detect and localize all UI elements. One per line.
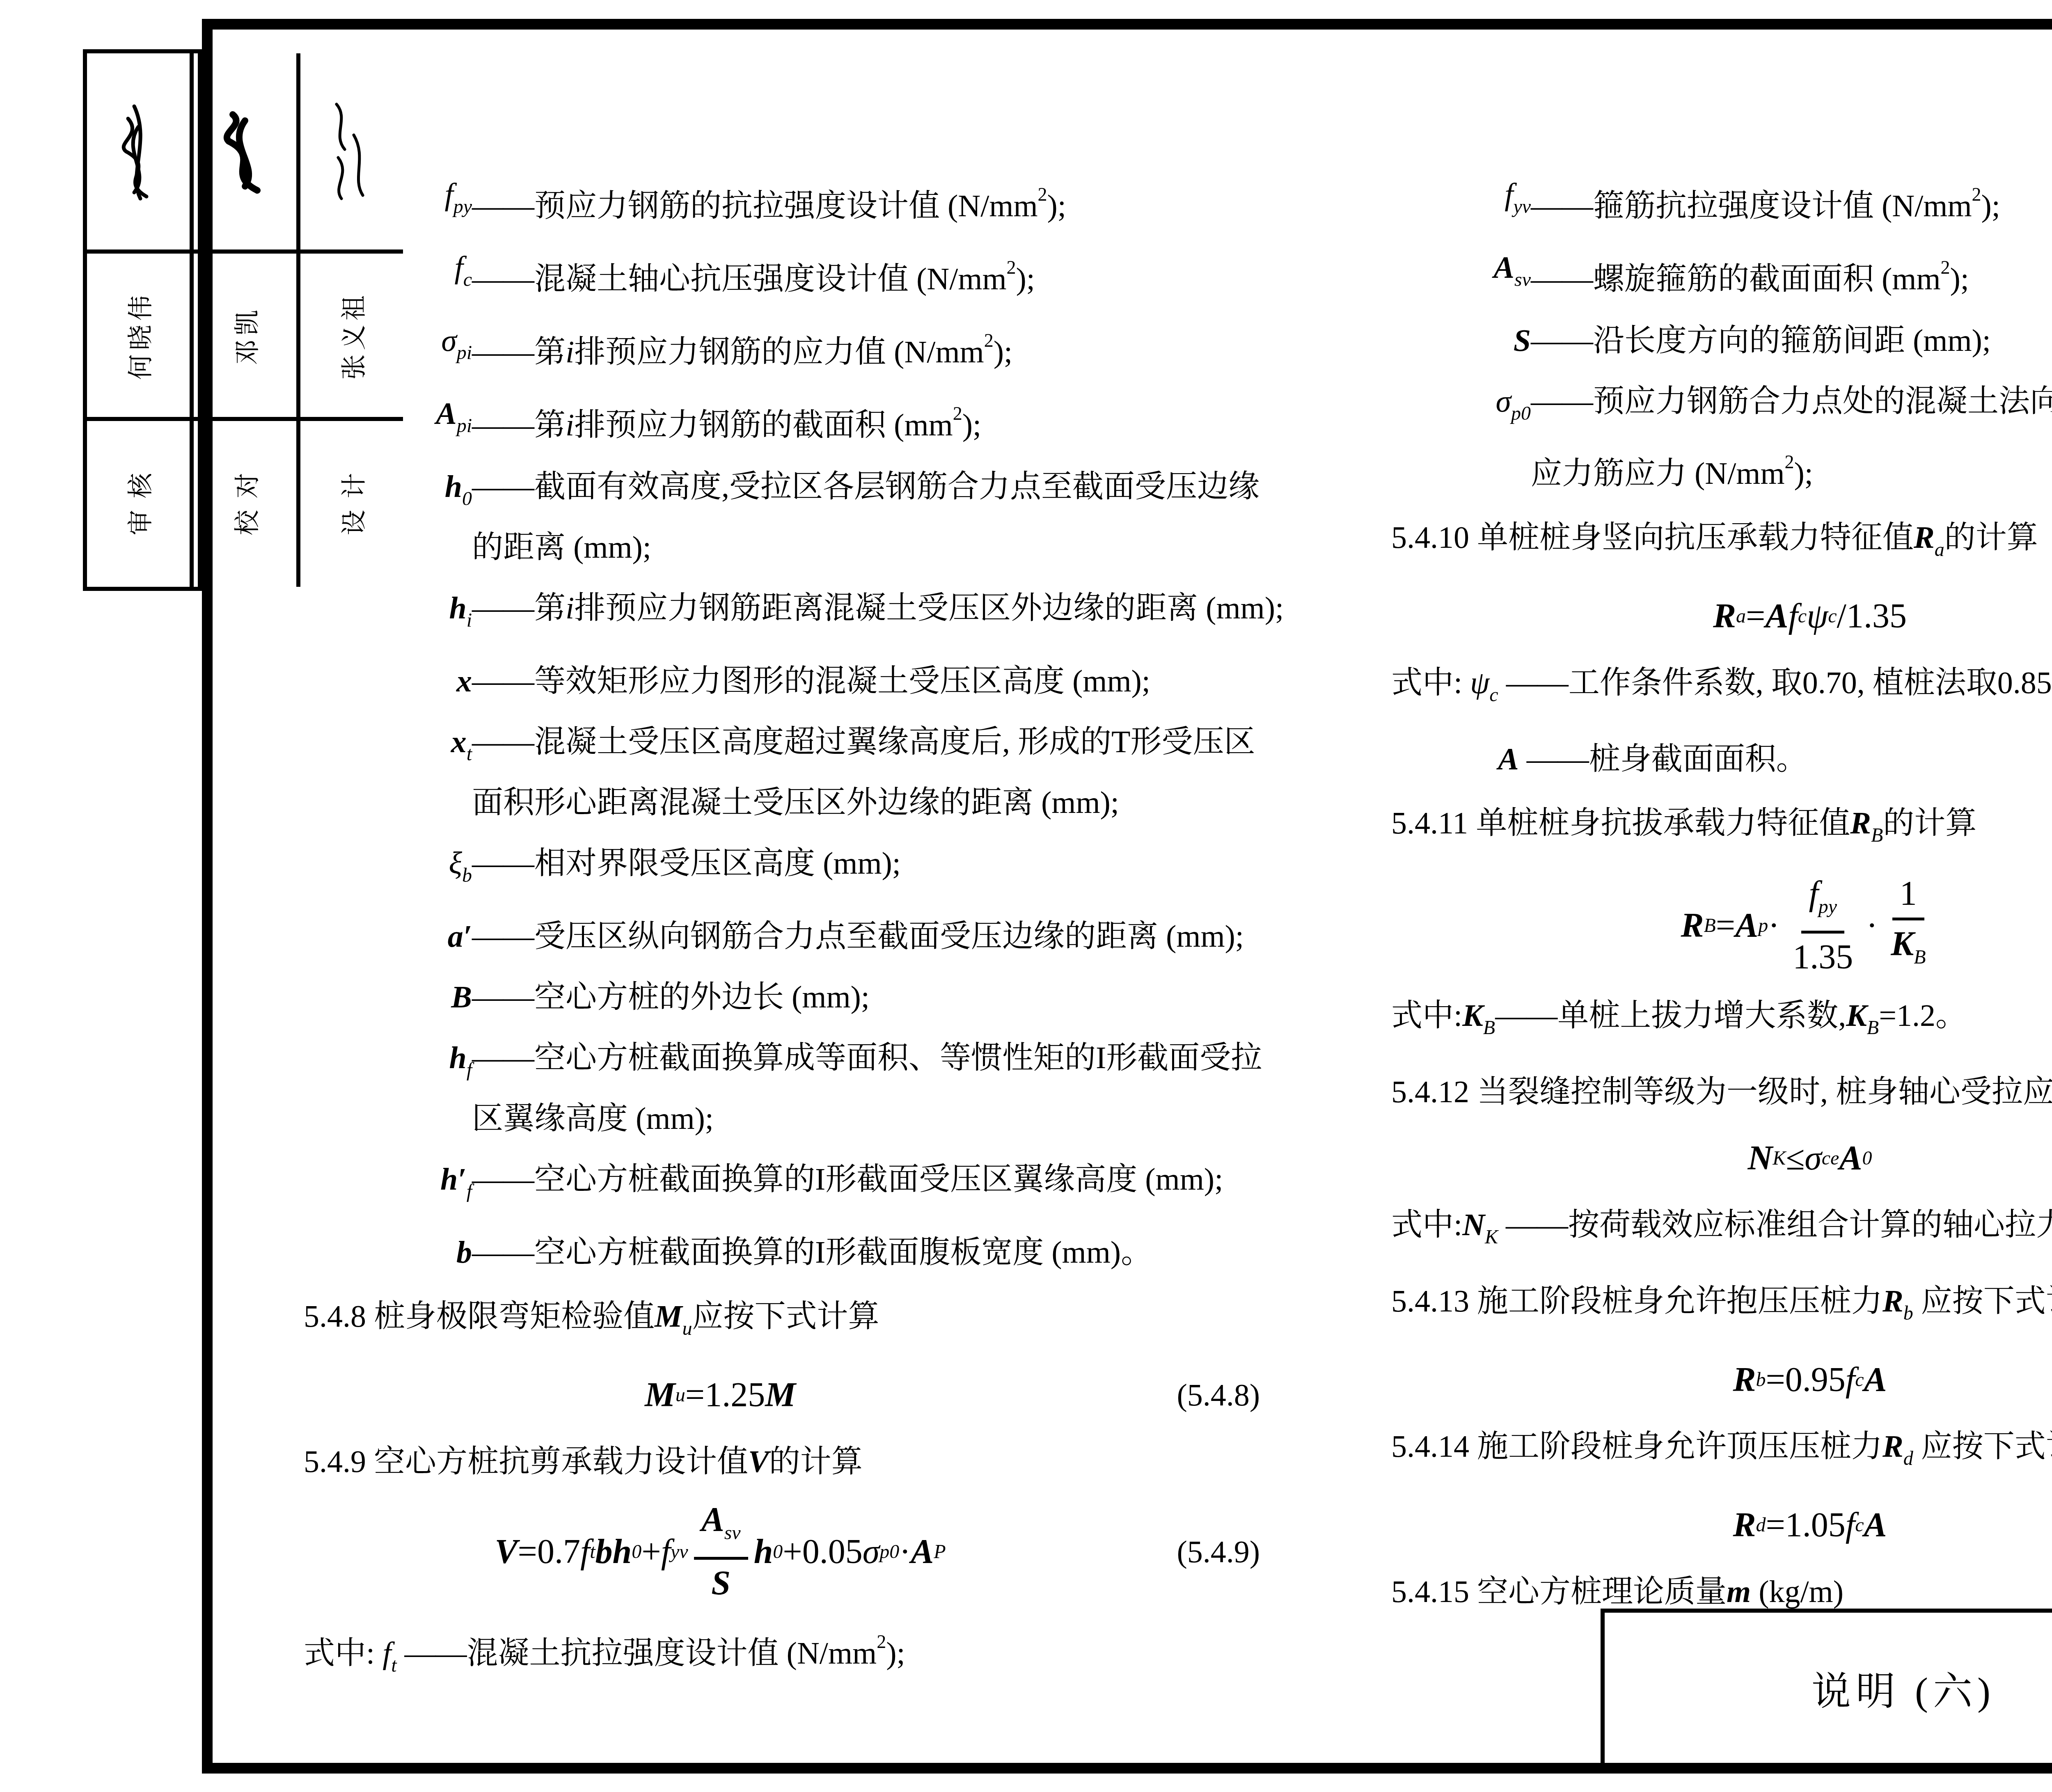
- signer-name: 何晓伟: [120, 291, 156, 380]
- text-run: ——预应力钢筋合力点处的混凝土法向压应力等于零时的预: [1531, 384, 2052, 419]
- text-run: 空心方桩抗剪承载力设计值: [374, 1444, 748, 1479]
- text-run: M: [645, 1365, 676, 1426]
- text-run: 2: [984, 330, 994, 351]
- role-label: 审核: [120, 461, 156, 547]
- definition-text: ——空心方桩的外边长 (mm);: [472, 967, 1317, 1028]
- symbol-definition: S——沿长度方向的箍筋间距 (mm);: [1391, 310, 2052, 371]
- text-run: ——相对界限受压区高度 (mm);: [472, 846, 901, 881]
- text-run: 式中:: [1391, 998, 1462, 1033]
- text-run: );: [1981, 189, 2000, 223]
- symbol-definition: x——等效矩形应力图形的混凝土受压区高度 (mm);: [304, 651, 1317, 712]
- text-run: 的计算: [769, 1444, 863, 1479]
- symbol: fpy: [349, 164, 472, 237]
- text-line: 式中: ft ——混凝土抗拉强度设计值 (N/mm2);: [304, 1611, 1317, 1696]
- text-run: x: [456, 664, 472, 698]
- text-run: ——第: [472, 591, 566, 625]
- text-run: =1.05: [1766, 1495, 1845, 1556]
- text-run: (kg/m): [1751, 1575, 1844, 1609]
- symbol: xt: [349, 712, 472, 785]
- symbol-definition: B——空心方桩的外边长 (mm);: [304, 967, 1317, 1028]
- text-run: 应按下式计算: [1913, 1284, 2052, 1318]
- text-run: 当裂缝控制等级为一级时, 桩身轴心受拉应符合下列规定:: [1477, 1075, 2052, 1109]
- text-run: 排预应力钢筋距离混凝土受压区外边缘的距离 (mm);: [574, 591, 1284, 625]
- text-run: a: [1935, 539, 1944, 561]
- text-run: ce: [1822, 1128, 1839, 1189]
- text-run: ·: [1768, 895, 1779, 956]
- sheet-title-cell: 说明 (六): [1605, 1613, 2052, 1763]
- symbol: σp0: [1412, 371, 1531, 444]
- text-run: 施工阶段桩身允许抱压压桩力: [1477, 1284, 1883, 1318]
- text-run: b: [1903, 1302, 1913, 1324]
- formula: Rd=1.05fcA(5.4.14): [1391, 1495, 2052, 1556]
- symbol-definition: b——空心方桩截面换算的I形截面腹板宽度 (mm)。: [304, 1222, 1317, 1283]
- text-run: h: [449, 591, 466, 625]
- text-run: 的计算: [1883, 806, 1976, 840]
- text-run: S: [1514, 323, 1531, 358]
- text-run: B: [1914, 946, 1926, 968]
- signature-cell: [87, 53, 190, 249]
- text-run: R: [1713, 586, 1736, 647]
- text-run: 2: [877, 1631, 886, 1652]
- text-run: 0: [773, 1522, 783, 1582]
- symbol: hf: [349, 1028, 472, 1101]
- section-heading: 5.4.13 施工阶段桩身允许抱压压桩力Rb 应按下式计算: [1391, 1271, 2052, 1344]
- text-run: ψ: [1470, 666, 1489, 700]
- definition-text: ——空心方桩截面换算成等面积、等惯性矩的I形截面受拉区翼缘高度 (mm);: [472, 1028, 1317, 1149]
- formula-body: Ra=Afcψc/1.35: [1441, 586, 2052, 647]
- text-run: ——工作条件系数, 取0.70, 植桩法取0.85;: [1498, 666, 2052, 700]
- text-run: sv: [724, 1522, 741, 1544]
- name-cell: 何晓伟: [87, 249, 190, 417]
- text-run: 2: [1941, 257, 1950, 278]
- text-run: p0: [879, 1522, 899, 1582]
- definition-text: ——空心方桩截面换算的I形截面受压区翼缘高度 (mm);: [472, 1149, 1317, 1210]
- text-run: ——第: [472, 408, 566, 442]
- signature-scribble: [116, 100, 161, 203]
- text-run: R: [1850, 806, 1871, 840]
- text-run: b: [1756, 1350, 1766, 1410]
- text-run: );: [1047, 189, 1066, 223]
- symbol: fyv: [1412, 164, 1531, 237]
- text-run: bh: [595, 1522, 632, 1582]
- text-run: P: [934, 1522, 946, 1582]
- section-number: 5.4.10: [1391, 520, 1477, 555]
- text-run: pi: [457, 415, 472, 437]
- text-run: 2: [1785, 451, 1794, 472]
- text-run: f: [455, 250, 463, 285]
- text-run: 排预应力钢筋的截面积 (mm: [574, 408, 953, 442]
- text-run: );: [962, 408, 981, 442]
- text-run: );: [1794, 456, 1813, 491]
- definition-text: ——受压区纵向钢筋合力点至截面受压边缘的距离 (mm);: [472, 906, 1317, 967]
- text-run: f: [1846, 1350, 1855, 1410]
- symbol-definition: h0——截面有效高度,受拉区各层钢筋合力点至截面受压边缘的距离 (mm);: [304, 456, 1317, 578]
- text-run: p0: [1511, 403, 1531, 424]
- text-run: =1.2。: [1879, 998, 1967, 1033]
- text-run: 2: [1007, 257, 1016, 278]
- text-run: =0.7: [518, 1522, 580, 1582]
- text-run: 空心方桩理论质量: [1477, 1575, 1727, 1609]
- text-run: ——螺旋箍筋的截面面积 (mm: [1531, 262, 1941, 296]
- text-run: 应按下式计算: [1913, 1429, 2052, 1464]
- right-text-column: fyv——箍筋抗拉强度设计值 (N/mm2);Asv——螺旋箍筋的截面面积 (m…: [1391, 164, 2052, 1694]
- section-heading: 5.4.9 空心方桩抗剪承载力设计值V的计算: [304, 1431, 1317, 1492]
- text-run: h′: [440, 1162, 467, 1197]
- text-run: 式中:: [1391, 666, 1470, 700]
- symbol-definition: h′f——空心方桩截面换算的I形截面受压区翼缘高度 (mm);: [304, 1149, 1317, 1222]
- text-run: =0.95: [1766, 1350, 1845, 1410]
- text-run: ξ: [449, 846, 462, 881]
- text-run: K: [1773, 1128, 1786, 1189]
- text-run: A: [1498, 742, 1519, 776]
- text-run: f: [445, 177, 453, 212]
- text-line: 式中:KB——单桩上拔力增大系数,KB=1.2。: [1391, 985, 2052, 1058]
- text-run: =: [1746, 586, 1765, 647]
- drawing-sheet: 何晓伟审核邓凯校对张义祖设计 fpy——预应力钢筋的抗拉强度设计值 (N/mm2…: [0, 0, 2052, 1792]
- formula: NK≤σceA0(5.4.12): [1391, 1128, 2052, 1189]
- text-run: ψ: [1807, 586, 1828, 647]
- text-run: A: [1864, 1350, 1887, 1410]
- signature-cell: [194, 53, 296, 249]
- definition-text: ——箍筋抗拉强度设计值 (N/mm2);: [1531, 164, 2052, 236]
- text-run: K: [1485, 1226, 1498, 1248]
- symbol-definition: Api——第i排预应力钢筋的截面积 (mm2);: [304, 383, 1317, 456]
- text-run: 式中:: [304, 1636, 382, 1671]
- text-run: );: [1950, 262, 1969, 296]
- symbol: b: [349, 1222, 472, 1283]
- text-run: ——混凝土抗拉强度设计值 (N/mm: [397, 1636, 877, 1671]
- fraction-numerator: 1: [1892, 872, 1924, 920]
- definition-text: ——第i排预应力钢筋的截面积 (mm2);: [472, 383, 1317, 455]
- section-number: 5.4.9: [304, 1444, 374, 1479]
- text-run: σ: [441, 323, 456, 358]
- formula: Ra=Afcψc/1.35(5.4.10): [1391, 586, 2052, 647]
- formula-number: (5.4.9): [1088, 1522, 1260, 1582]
- definition-text: ——混凝土轴心抗压强度设计值 (N/mm2);: [472, 237, 1317, 309]
- text-run: );: [994, 335, 1012, 369]
- text-run: R: [1883, 1284, 1903, 1318]
- formula: Mu =1.25M(5.4.8): [304, 1365, 1317, 1426]
- text-run: u: [682, 1318, 692, 1339]
- formula-number: (5.4.8): [1088, 1365, 1260, 1426]
- fraction: fpy1.35: [1785, 872, 1860, 980]
- text-run: 2: [953, 403, 962, 424]
- definition-text: ——混凝土受压区高度超过翼缘高度后, 形成的T形受压区面积形心距离混凝土受压区外…: [472, 712, 1317, 833]
- text-run: c: [1855, 1495, 1864, 1556]
- text-run: ——混凝土受压区高度超过翼缘高度后, 形成的T形受压区: [472, 725, 1255, 759]
- text-run: ≤: [1786, 1128, 1805, 1189]
- text-run: A: [1839, 1128, 1862, 1189]
- text-run: 桩身极限弯矩检验值: [374, 1299, 655, 1334]
- text-run: M: [655, 1299, 682, 1334]
- text-run: R: [1733, 1350, 1756, 1410]
- text-run: R: [1733, 1495, 1756, 1556]
- formula-body: V =0.7ft bh0+fyvAsvSh0+0.05σp0·AP: [353, 1498, 1088, 1606]
- text-run: B: [1704, 895, 1715, 956]
- text-run: ——沿长度方向的箍筋间距 (mm);: [1531, 323, 1991, 358]
- symbol: Api: [349, 383, 472, 456]
- formula: Rb=0.95fcA(5.4.13): [1391, 1350, 2052, 1410]
- definition-text: ——第i排预应力钢筋的应力值 (N/mm2);: [472, 310, 1317, 382]
- section-number: 5.4.13: [1391, 1284, 1477, 1318]
- text-run: 排预应力钢筋的应力值 (N/mm: [574, 335, 984, 369]
- text-run: i: [467, 609, 472, 631]
- text-run: p: [1758, 895, 1768, 956]
- text-run: py: [1818, 896, 1837, 918]
- text-run: i: [566, 335, 574, 369]
- text-run: yv: [1513, 196, 1531, 217]
- text-run: a′: [448, 919, 472, 954]
- text-run: 施工阶段桩身允许顶压压桩力: [1477, 1429, 1883, 1464]
- symbol-definition: Asv——螺旋箍筋的截面面积 (mm2);: [1391, 237, 2052, 310]
- symbol-definition: σpi——第i排预应力钢筋的应力值 (N/mm2);: [304, 310, 1317, 383]
- text-run: σ: [1805, 1128, 1821, 1189]
- symbol-definition: fyv——箍筋抗拉强度设计值 (N/mm2);: [1391, 164, 2052, 237]
- signer-name: 邓凯: [227, 306, 263, 365]
- section-heading: 5.4.8 桩身极限弯矩检验值Mu应按下式计算: [304, 1286, 1317, 1359]
- signature-stamp-grid: 何晓伟审核邓凯校对张义祖设计: [83, 49, 202, 591]
- definition-text: ——等效矩形应力图形的混凝土受压区高度 (mm);: [472, 651, 1317, 712]
- text-run: =: [1716, 895, 1735, 956]
- symbol-definition: a′——受压区纵向钢筋合力点至截面受压边缘的距离 (mm);: [304, 906, 1317, 967]
- text-run: 式中:: [1391, 1208, 1462, 1242]
- text-run: A: [1493, 250, 1514, 285]
- text-run: R: [1681, 895, 1704, 956]
- definition-text: ——预应力钢筋合力点处的混凝土法向压应力等于零时的预应力筋应力 (N/mm2);: [1531, 371, 2052, 504]
- text-run: ——预应力钢筋的抗拉强度设计值 (N/mm: [472, 189, 1038, 223]
- text-run: c: [1798, 586, 1807, 647]
- text-run: 2: [1972, 184, 1981, 205]
- text-run: 单桩桩身抗拔承载力特征值: [1476, 806, 1850, 840]
- text-run: B: [451, 980, 472, 1014]
- text-run: 应按下式计算: [692, 1299, 879, 1334]
- text-run: K: [1846, 998, 1867, 1033]
- text-run: ——空心方桩截面换算的I形截面腹板宽度 (mm)。: [472, 1235, 1152, 1270]
- text-run: R: [1914, 520, 1935, 555]
- text-run: f: [1846, 1495, 1855, 1556]
- role-cell: 审核: [87, 417, 190, 587]
- section-heading: 5.4.10 单桩桩身竖向抗压承载力特征值Ra的计算: [1391, 507, 2052, 580]
- section-number: 5.4.8: [304, 1299, 374, 1334]
- text-run: A: [1864, 1495, 1887, 1556]
- text-run: i: [566, 591, 574, 625]
- definition-text: ——空心方桩截面换算的I形截面腹板宽度 (mm)。: [472, 1222, 1317, 1283]
- text-run: B: [1871, 824, 1883, 846]
- symbol-definition: σp0——预应力钢筋合力点处的混凝土法向压应力等于零时的预应力筋应力 (N/mm…: [1391, 371, 2052, 504]
- text-run: V: [748, 1444, 769, 1479]
- text-run: d: [1756, 1495, 1766, 1556]
- text-run: B: [1483, 1017, 1495, 1039]
- fraction-denominator: KB: [1883, 920, 1933, 980]
- text-run: ——桩身截面面积。: [1519, 742, 1807, 776]
- section-number: 5.4.15: [1391, 1575, 1477, 1609]
- fraction: AsvS: [694, 1498, 748, 1606]
- text-run: 区翼缘高度 (mm);: [472, 1101, 714, 1136]
- stamp-column: 何晓伟审核: [87, 53, 190, 587]
- text-run: c: [463, 269, 472, 291]
- text-run: 的计算: [1944, 520, 2038, 555]
- text-run: t: [467, 743, 472, 765]
- symbol: x: [349, 651, 472, 712]
- text-run: 2: [1038, 184, 1047, 205]
- text-run: +0.05: [783, 1522, 862, 1582]
- section-heading: 5.4.14 施工阶段桩身允许顶压压桩力Rd 应按下式计算: [1391, 1416, 2052, 1489]
- text-run: R: [1883, 1429, 1903, 1464]
- text-run: 1.35: [1793, 938, 1853, 976]
- symbol: a′: [349, 906, 472, 967]
- symbol: ξb: [349, 833, 472, 906]
- text-run: t: [391, 1655, 396, 1676]
- text-run: =1.25: [685, 1365, 765, 1426]
- section-number: 5.4.14: [1391, 1429, 1477, 1464]
- text-run: ——空心方桩截面换算成等面积、等惯性矩的I形截面受拉: [472, 1041, 1262, 1075]
- text-run: 应力筋应力 (N/mm: [1531, 456, 1785, 491]
- text-run: ——单桩上拔力增大系数,: [1495, 998, 1846, 1033]
- text-run: σ: [1496, 384, 1511, 419]
- role-cell: 校对: [194, 417, 296, 587]
- text-run: 面积形心距离混凝土受压区外边缘的距离 (mm);: [472, 785, 1119, 820]
- title-block: 说明 (六) 图集号 23ZG210 页 7: [1601, 1609, 2052, 1763]
- text-run: V: [495, 1522, 518, 1582]
- text-run: ——截面有效高度,受拉区各层钢筋合力点至截面受压边缘: [472, 469, 1260, 504]
- stamp-column: 邓凯校对: [190, 53, 296, 587]
- text-run: 的距离 (mm);: [472, 530, 651, 565]
- text-run: c: [1855, 1350, 1864, 1410]
- role-label: 校对: [227, 461, 263, 547]
- text-run: yv: [671, 1522, 688, 1582]
- definition-text: ——沿长度方向的箍筋间距 (mm);: [1531, 310, 2052, 371]
- text-run: h: [445, 469, 462, 504]
- text-run: h: [449, 1041, 466, 1075]
- text-run: 0: [1862, 1128, 1872, 1189]
- symbol: σpi: [349, 310, 472, 383]
- section-heading: 5.4.11 单桩桩身抗拔承载力特征值RB的计算: [1391, 793, 2052, 866]
- text-run: );: [886, 1636, 905, 1671]
- text-run: f: [661, 1522, 671, 1582]
- left-text-column: fpy——预应力钢筋的抗拉强度设计值 (N/mm2);fc——混凝土轴心抗压强度…: [304, 164, 1317, 1696]
- text-run: c: [1489, 684, 1498, 706]
- definition-text: ——预应力钢筋的抗拉强度设计值 (N/mm2);: [472, 164, 1317, 236]
- symbol: h0: [349, 456, 472, 529]
- text-run: f: [1788, 586, 1798, 647]
- symbol-definition: fpy——预应力钢筋的抗拉强度设计值 (N/mm2);: [304, 164, 1317, 237]
- text-run: f: [382, 1636, 391, 1671]
- text-run: f: [467, 1059, 472, 1081]
- formula-body: Rb=0.95fcA: [1441, 1350, 2052, 1410]
- text-run: ——混凝土轴心抗压强度设计值 (N/mm: [472, 262, 1007, 296]
- text-run: a: [1736, 586, 1746, 647]
- text-run: b: [462, 865, 472, 886]
- section-heading: 5.4.12 当裂缝控制等级为一级时, 桩身轴心受拉应符合下列规定:: [1391, 1062, 2052, 1122]
- symbol: hi: [349, 578, 472, 651]
- text-run: );: [1016, 262, 1035, 296]
- symbol: Asv: [1412, 237, 1531, 310]
- text-run: K: [1891, 925, 1914, 963]
- symbol-definition: hi——第i排预应力钢筋距离混凝土受压区外边缘的距离 (mm);: [304, 578, 1317, 651]
- section-number: 5.4.12: [1391, 1075, 1477, 1109]
- formula-body: NK≤σceA0: [1441, 1128, 2052, 1189]
- name-cell: 邓凯: [194, 249, 296, 417]
- fraction: 1KB: [1883, 872, 1933, 980]
- text-run: ·: [899, 1522, 911, 1582]
- text-run: S: [711, 1564, 731, 1602]
- text-run: N: [1748, 1128, 1773, 1189]
- text-run: +: [641, 1522, 661, 1582]
- text-run: i: [566, 408, 574, 442]
- text-line: A ——桩身截面面积。: [1391, 729, 2052, 790]
- definition-text: ——截面有效高度,受拉区各层钢筋合力点至截面受压边缘的距离 (mm);: [472, 456, 1317, 578]
- definition-text: ——第i排预应力钢筋距离混凝土受压区外边缘的距离 (mm);: [472, 578, 1317, 639]
- text-run: A: [701, 1501, 724, 1539]
- formula: V =0.7ft bh0+fyvAsvSh0+0.05σp0·AP(5.4.9): [304, 1498, 1317, 1606]
- text-run: ——等效矩形应力图形的混凝土受压区高度 (mm);: [472, 664, 1150, 698]
- text-run: py: [453, 196, 472, 217]
- text-run: f: [580, 1522, 590, 1582]
- text-run: h: [754, 1522, 773, 1582]
- fraction-numerator: Asv: [694, 1498, 748, 1560]
- text-run: d: [1903, 1448, 1913, 1469]
- text-run: m: [1727, 1575, 1751, 1609]
- formula-body: Mu =1.25M: [353, 1365, 1088, 1426]
- section-number: 5.4.11: [1391, 806, 1476, 840]
- text-run: σ: [863, 1522, 879, 1582]
- fraction-denominator: 1.35: [1785, 934, 1860, 980]
- text-run: b: [456, 1235, 472, 1270]
- text-run: t: [590, 1522, 595, 1582]
- symbol-definition: fc——混凝土轴心抗压强度设计值 (N/mm2);: [304, 237, 1317, 310]
- text-run: ——空心方桩截面换算的I形截面受压区翼缘高度 (mm);: [472, 1162, 1223, 1197]
- text-run: K: [1462, 998, 1483, 1033]
- text-run: ·: [1866, 895, 1878, 956]
- fraction-denominator: S: [704, 1560, 738, 1606]
- text-run: ——受压区纵向钢筋合力点至截面受压边缘的距离 (mm);: [472, 919, 1244, 954]
- text-run: f: [1809, 874, 1818, 913]
- text-run: A: [436, 396, 457, 431]
- text-run: u: [676, 1365, 685, 1426]
- text-run: A: [1735, 895, 1758, 956]
- text-run: B: [1867, 1017, 1879, 1039]
- text-run: A: [1765, 586, 1788, 647]
- text-run: 0: [462, 488, 472, 510]
- text-run: M: [765, 1365, 796, 1426]
- symbol-definition: xt——混凝土受压区高度超过翼缘高度后, 形成的T形受压区面积形心距离混凝土受压…: [304, 712, 1317, 833]
- text-run: 1: [1900, 874, 1917, 913]
- text-run: 单桩桩身竖向抗压承载力特征值: [1477, 520, 1914, 555]
- symbol: B: [349, 967, 472, 1028]
- text-run: A: [911, 1522, 934, 1582]
- text-run: 0: [632, 1522, 641, 1582]
- symbol: fc: [349, 237, 472, 310]
- text-run: ——第: [472, 335, 566, 369]
- text-run: ——空心方桩的外边长 (mm);: [472, 980, 870, 1014]
- symbol-definition: ξb——相对界限受压区高度 (mm);: [304, 833, 1317, 906]
- symbol: h′f: [349, 1149, 472, 1222]
- text-run: c: [1828, 586, 1837, 647]
- definition-text: ——相对界限受压区高度 (mm);: [472, 833, 1317, 894]
- text-run: f: [467, 1181, 472, 1202]
- text-run: f: [1505, 177, 1513, 212]
- text-run: N: [1462, 1208, 1485, 1242]
- formula-body: Rd=1.05fcA: [1441, 1495, 2052, 1556]
- text-run: pi: [457, 342, 472, 364]
- definition-text: ——螺旋箍筋的截面面积 (mm2);: [1531, 237, 2052, 309]
- fraction-numerator: fpy: [1801, 872, 1844, 934]
- symbol: S: [1412, 310, 1531, 371]
- text-line: 式中: ψc ——工作条件系数, 取0.70, 植桩法取0.85;: [1391, 652, 2052, 725]
- signature-scribble: [222, 100, 268, 203]
- text-line: 式中:NK ——按荷载效应标准组合计算的轴心拉力值;: [1391, 1195, 2052, 1268]
- text-run: sv: [1514, 269, 1531, 291]
